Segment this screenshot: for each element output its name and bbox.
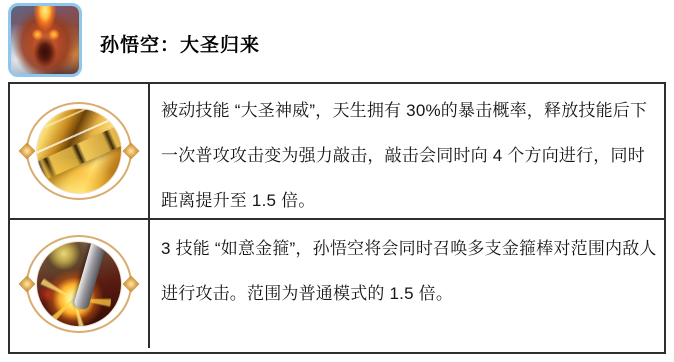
ring-diamond-right-icon	[123, 143, 140, 160]
table-row-skill-3: 3 技能 “如意金箍”，孙悟空将会同时召唤多支金箍棒对范围内敌人进行攻击。范围为…	[10, 218, 664, 348]
ring-diamond-right-icon	[123, 276, 140, 293]
skill-icon-ring	[26, 102, 132, 200]
skill-icon-ring	[26, 235, 132, 333]
skill-icon-cell	[10, 220, 150, 348]
table-row-passive-skill: 被动技能 “大圣神威”，天生拥有 30%的暴击概率，释放技能后下一次普攻攻击变为…	[10, 84, 664, 218]
document-page: { "header": { "title": "孙悟空：大圣归来", "avat…	[0, 0, 674, 362]
skill-description: 被动技能 “大圣神威”，天生拥有 30%的暴击概率，释放技能后下一次普攻攻击变为…	[150, 84, 664, 218]
skills-table: 被动技能 “大圣神威”，天生拥有 30%的暴击概率，释放技能后下一次普攻攻击变为…	[8, 82, 666, 354]
hero-avatar	[8, 3, 82, 77]
ring-diamond-left-icon	[19, 143, 36, 160]
golden-cudgel-skill-icon	[37, 109, 121, 193]
skill-description: 3 技能 “如意金箍”，孙悟空将会同时召唤多支金箍棒对范围内敌人进行攻击。范围为…	[150, 220, 664, 348]
jingu-bang-summon-skill-icon	[37, 242, 121, 326]
page-title: 孙悟空：大圣归来	[100, 30, 260, 57]
golden-glow-decoration	[37, 159, 121, 193]
ring-diamond-left-icon	[19, 276, 36, 293]
burst-spikes-decoration	[37, 264, 111, 326]
skill-icon-cell	[10, 84, 150, 218]
sun-wukong-portrait-image	[11, 6, 79, 74]
